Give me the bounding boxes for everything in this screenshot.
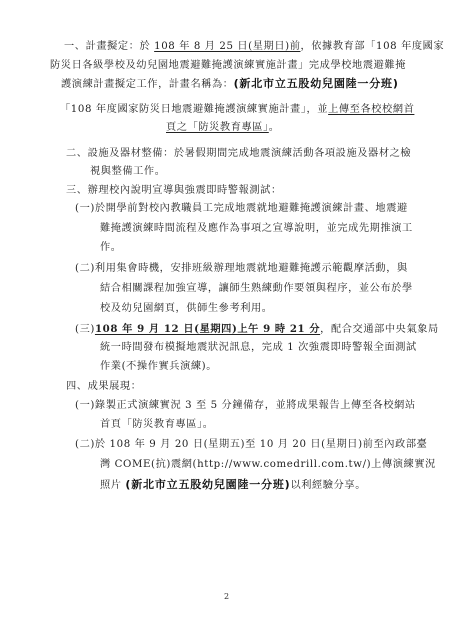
document-page: 一、計畫擬定：於 108 年 8 月 25 日(星期日)前，依據教育部「108 … — [0, 0, 452, 640]
section4-item1-line1: (一)錄製正式演練實況 3 至 5 分鐘備存，並將成果報告上傳至各校網站 — [75, 399, 416, 413]
section3-item2-line3: 校及幼兒園網頁，供師生參考利用。 — [100, 302, 273, 316]
section1-line2: 防災日各級學校及幼兒園地震避難掩護演練實施計畫」完成學校地震避難掩 — [50, 59, 406, 73]
section3-item3-line2: 統一時間發布模擬地震狀況訊息，完成 1 次強震即時警報全面測試 — [100, 341, 417, 355]
text: 。 — [269, 122, 280, 133]
section2-line1: 二、設施及器材整備：於暑假期間完成地震演練活動各項設施及器材之檢 — [66, 147, 411, 161]
deadline-date: 108 年 8 月 25 日(星期日)前 — [154, 41, 300, 52]
plan-title-line2: 頁之「防災教育專區」。 — [166, 121, 280, 135]
section3-item3-line1: (三)108 年 9 月 12 日(星期四)上午 9 時 21 分，配合交通部中… — [75, 322, 439, 337]
text: (三) — [75, 324, 95, 335]
text: 以利經驗分享。 — [290, 480, 366, 491]
section3-item3-line3: 作業(不操作實兵演練)。 — [100, 360, 217, 374]
section3-item2-line1: (二)利用集會時機，安排班級辦理地震就地避難掩護示範觀摩活動，與 — [75, 262, 408, 276]
section4-item2-line2: 灣 COME(抗)震網(http://www.comedrill.com.tw/… — [100, 458, 436, 472]
section3-item1-line1: (一)於開學前對校內教職員工完成地震就地避難掩護演練計畫、地震避 — [75, 202, 408, 216]
text: 一、計畫擬定：於 — [64, 41, 154, 52]
section4-item2-line1: (二)於 108 年 9 月 20 日(星期五)至 10 月 20 日(星期日)… — [75, 438, 427, 452]
school-name: (新北市立五股幼兒園陸一分班) — [234, 77, 399, 90]
section3-item1-line3: 作。 — [100, 241, 122, 255]
section4-item1-line2: 首頁「防災教育專區」。 — [100, 418, 214, 432]
text: ，依據教育部「108 年度國家 — [300, 41, 444, 52]
section2-line2: 視與整備工作。 — [90, 165, 166, 179]
section3-heading: 三、辦理校內說明宣導與強震即時警報測試： — [66, 184, 282, 198]
section3-item2-line2: 結合相關課程加強宣導，讓師生熟練動作要領與程序，並公布於學 — [100, 282, 413, 296]
section3-item1-line2: 難掩護演練時間流程及應作為事項之宣導說明，並完成先期推演工 — [100, 222, 413, 236]
section4-item2-line3: 照片 (新北市立五股幼兒園陸一分班)以利經驗分享。 — [100, 478, 366, 493]
section4-heading: 四、成果展現： — [66, 380, 142, 394]
text: 護演練計畫擬定工作，計畫名稱為： — [61, 79, 234, 90]
test-datetime: 108 年 9 月 12 日(星期四)上午 9 時 21 分 — [95, 323, 320, 335]
text: ，配合交通部中央氣象局 — [320, 324, 439, 335]
plan-title-line1: 「108 年度國家防災日地震避難掩護演練實施計畫」，並上傳至各校校網首 — [60, 103, 414, 117]
section1-line3: 護演練計畫擬定工作，計畫名稱為：(新北市立五股幼兒園陸一分班) — [61, 77, 399, 92]
page-number: 2 — [224, 592, 230, 601]
upload-note: 頁之「防災教育專區」 — [166, 122, 269, 133]
text: 照片 — [100, 480, 125, 491]
school-name: (新北市立五股幼兒園陸一分班) — [125, 478, 290, 491]
upload-note: 上傳至各校校網首 — [328, 104, 414, 115]
section1-line1: 一、計畫擬定：於 108 年 8 月 25 日(星期日)前，依據教育部「108 … — [64, 40, 444, 54]
text: 「108 年度國家防災日地震避難掩護演練實施計畫」，並 — [60, 104, 328, 115]
